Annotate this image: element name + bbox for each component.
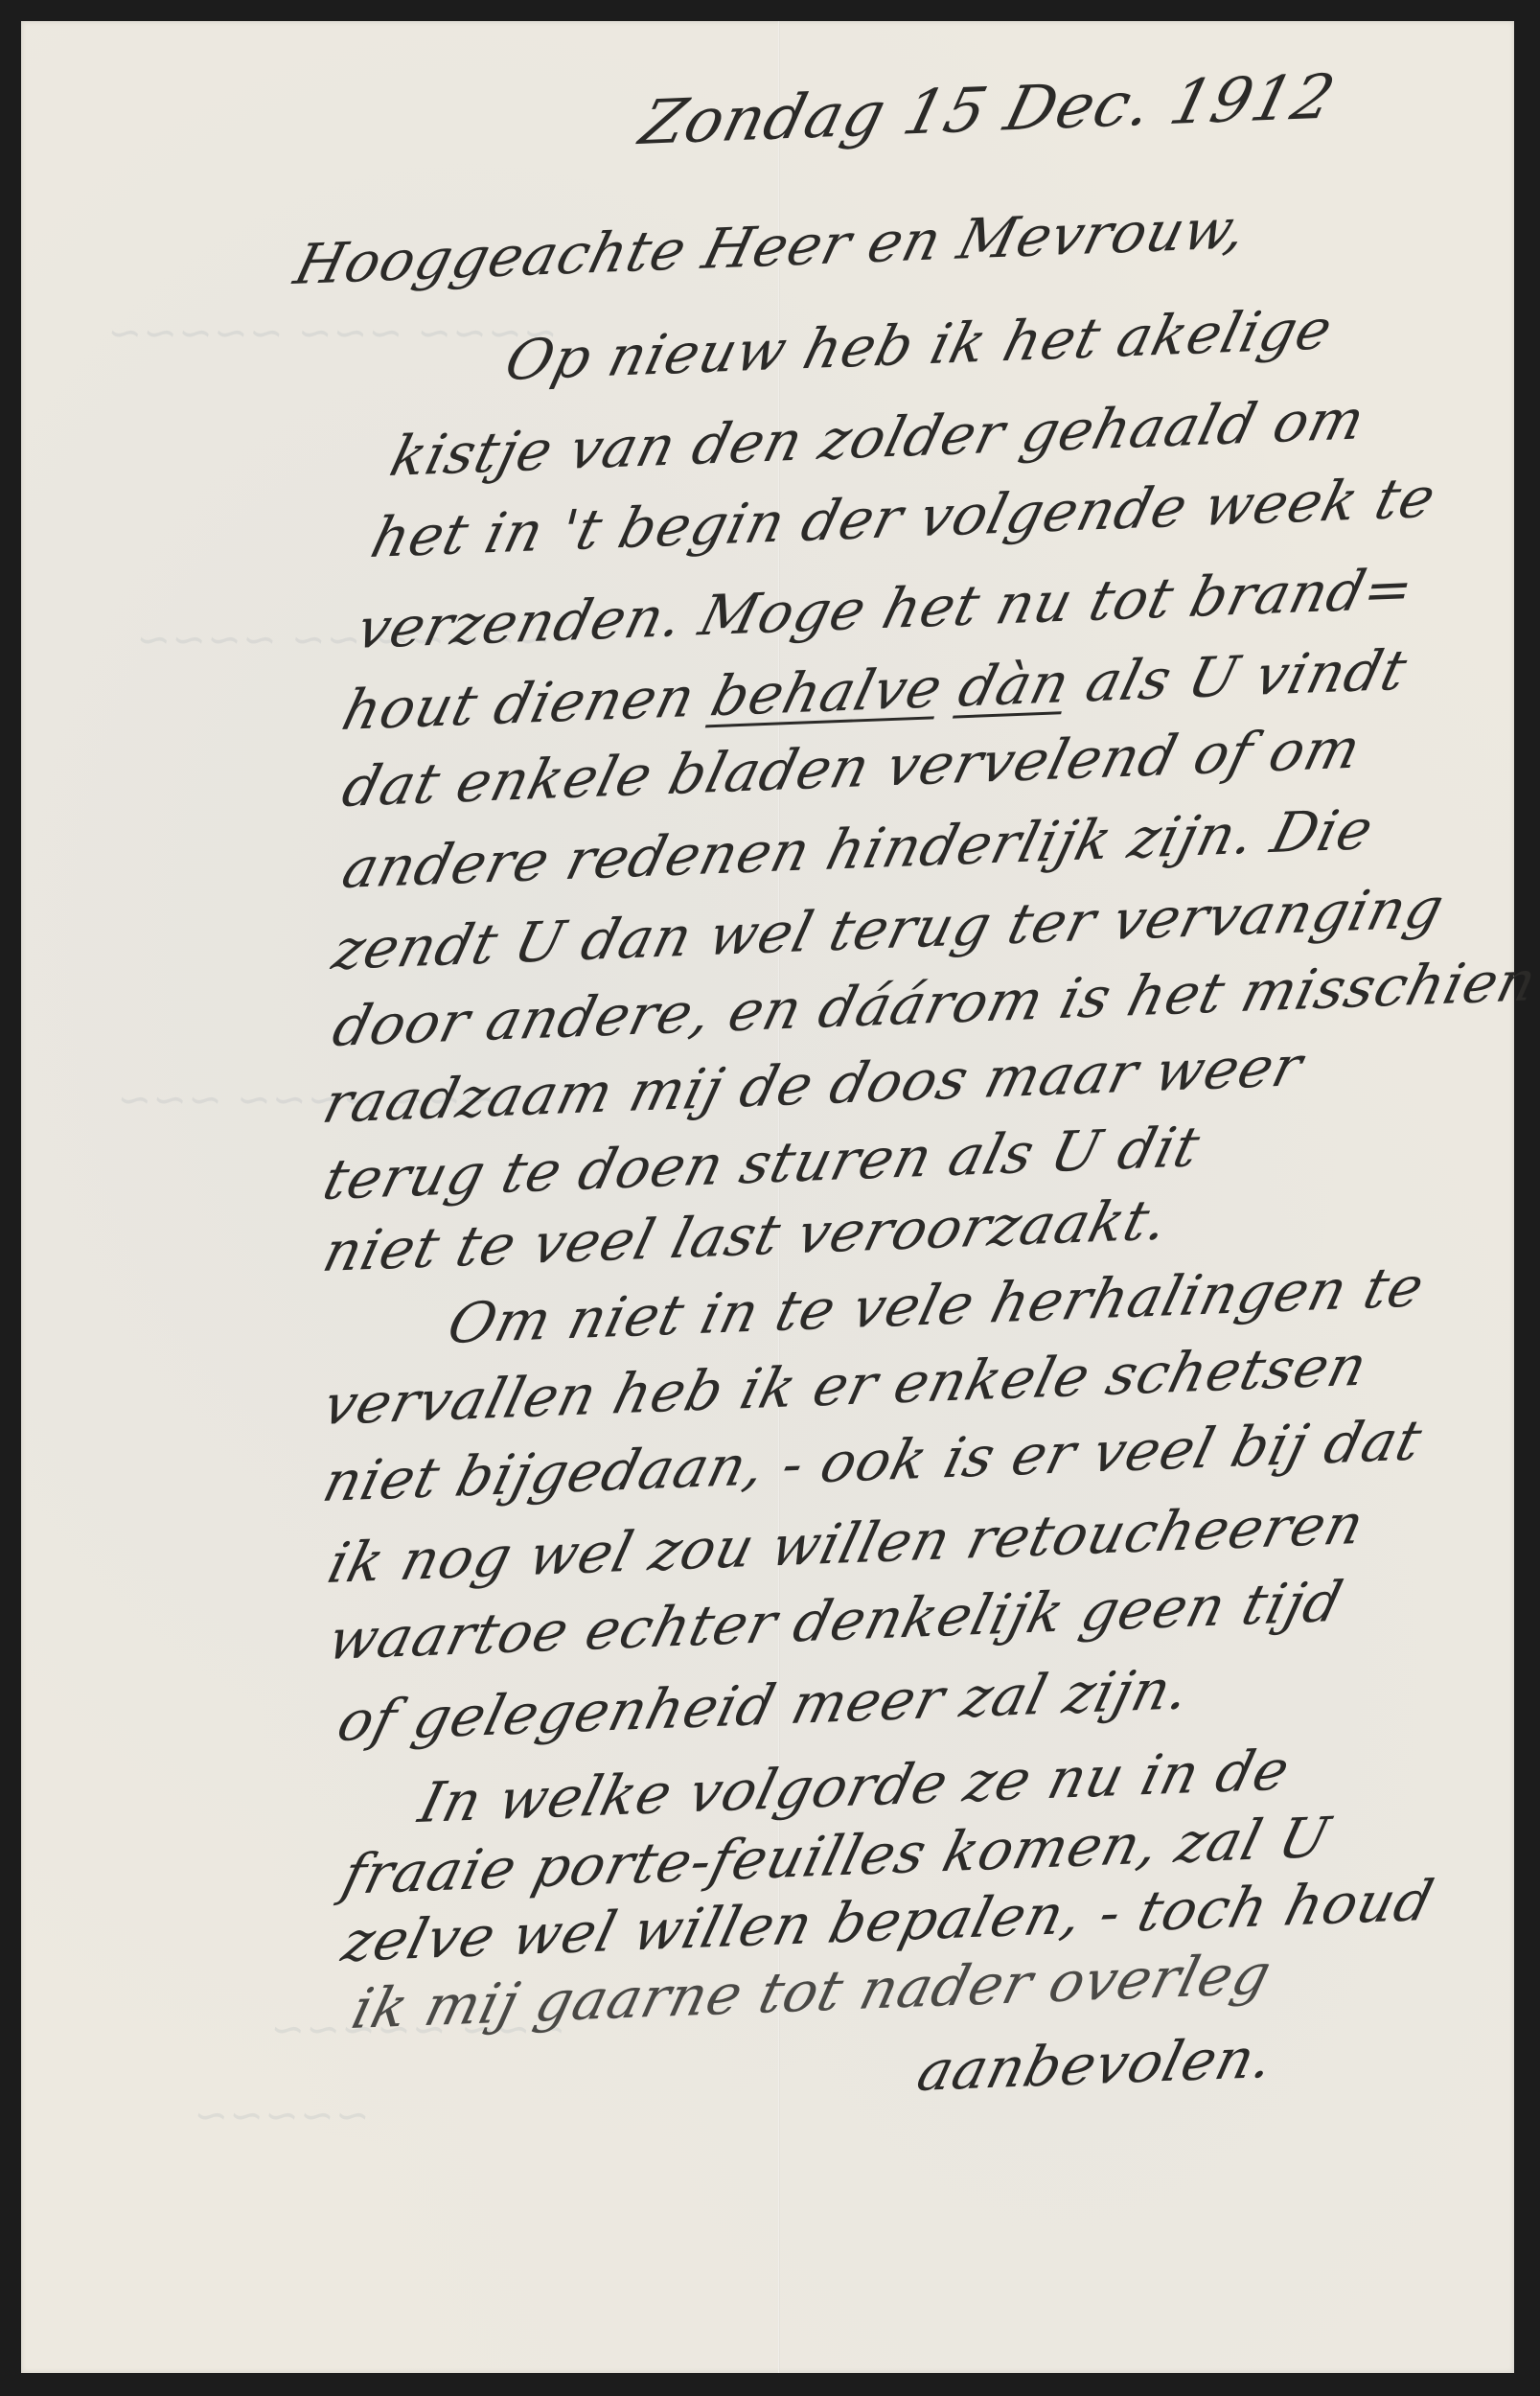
body-line: of gelegenheid meer zal zijn. (333, 1661, 1196, 1749)
underlined-word: behalve (705, 655, 950, 728)
bleed-through-text: ~~~~~ (188, 2091, 377, 2140)
closing-line: aanbevolen. (912, 2030, 1279, 2099)
bleed-through-text: ~~~~ ~~~ ~~~~~ (102, 309, 564, 357)
body-line: kistje van den zolder gehaald om (385, 392, 1370, 484)
letter-date: Zondag 15 Dec. 1912 (634, 67, 1341, 154)
body-text: hout dienen (336, 664, 702, 743)
letter-salutation: Hooggeachte Heer en Mevrouw, (289, 200, 1253, 292)
body-line: het in 't begin der volgende week te (366, 470, 1441, 565)
body-text: als U vindt (1079, 637, 1414, 715)
letter-paper: ~~~~ ~~~ ~~~~~ ~~~~~ ~~ ~~~~ ~~~ ~~~~ ~~… (21, 21, 1514, 2373)
body-line: Op nieuw heb ik het akelige (500, 301, 1338, 388)
body-line: verzenden. Moge het nu tot brand= (352, 561, 1420, 657)
underlined-word: dàn (953, 650, 1077, 719)
body-line: andere redenen hinderlijk zijn. Die (337, 801, 1379, 896)
